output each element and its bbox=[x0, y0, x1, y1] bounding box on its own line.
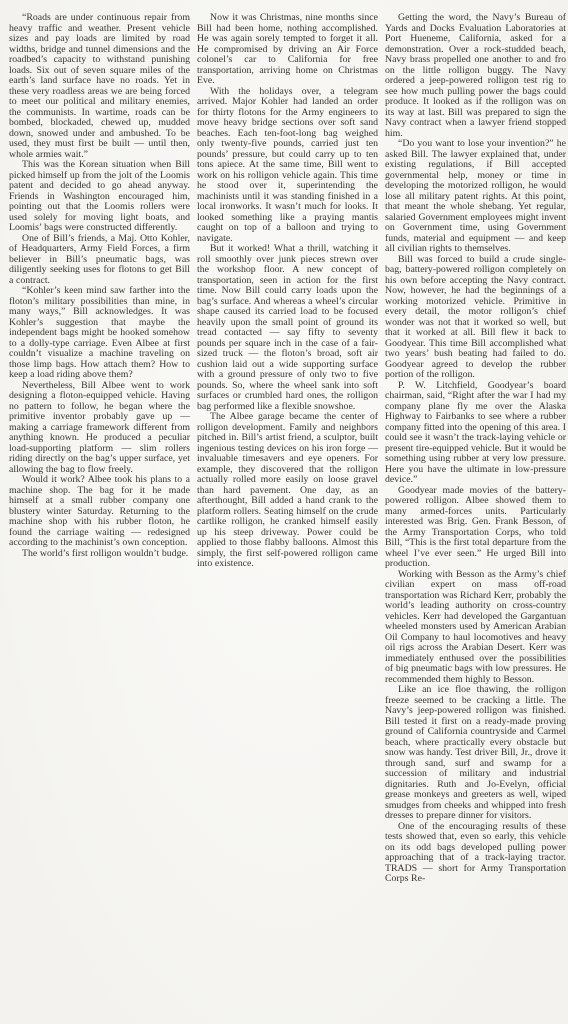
paragraph: But it worked! What a thrill, watching i… bbox=[197, 244, 378, 412]
paragraph: Would it work? Albee took his plans to a… bbox=[9, 475, 190, 549]
magazine-page: “Roads are under continuous repair from … bbox=[0, 0, 568, 1024]
paragraph: The Albee garage became the center of ro… bbox=[197, 412, 378, 570]
paragraph: P. W. Litchfield, Goodyear’s board chair… bbox=[385, 381, 566, 486]
paragraph: Like an ice floe thawing, the rolligon f… bbox=[385, 685, 566, 822]
paragraph: Goodyear made movies of the battery-powe… bbox=[385, 486, 566, 570]
paragraph: One of the encouraging results of these … bbox=[385, 822, 566, 885]
paragraph: Nevertheless, Bill Albee went to work de… bbox=[9, 381, 190, 476]
paragraph: Working with Besson as the Army’s chief … bbox=[385, 570, 566, 686]
text-column-3: Getting the word, the Navy’s Bureau of Y… bbox=[385, 13, 566, 885]
paragraph: “Kohler’s keen mind saw farther into the… bbox=[9, 286, 190, 381]
paragraph: Bill was forced to build a crude single-… bbox=[385, 255, 566, 381]
text-column-1: “Roads are under continuous repair from … bbox=[9, 13, 190, 559]
paragraph: Now it was Christmas, nine months since … bbox=[197, 13, 378, 87]
paragraph: With the holidays over, a telegram arriv… bbox=[197, 87, 378, 245]
paragraph: The world’s first rolligon wouldn’t budg… bbox=[9, 549, 190, 560]
paragraph: Getting the word, the Navy’s Bureau of Y… bbox=[385, 13, 566, 139]
paragraph: “Roads are under continuous repair from … bbox=[9, 13, 190, 160]
text-column-2: Now it was Christmas, nine months since … bbox=[197, 13, 378, 570]
paragraph: This was the Korean situation when Bill … bbox=[9, 160, 190, 234]
paragraph: One of Bill’s friends, a Maj. Otto Kohle… bbox=[9, 234, 190, 287]
paragraph: “Do you want to lose your invention?” he… bbox=[385, 139, 566, 255]
